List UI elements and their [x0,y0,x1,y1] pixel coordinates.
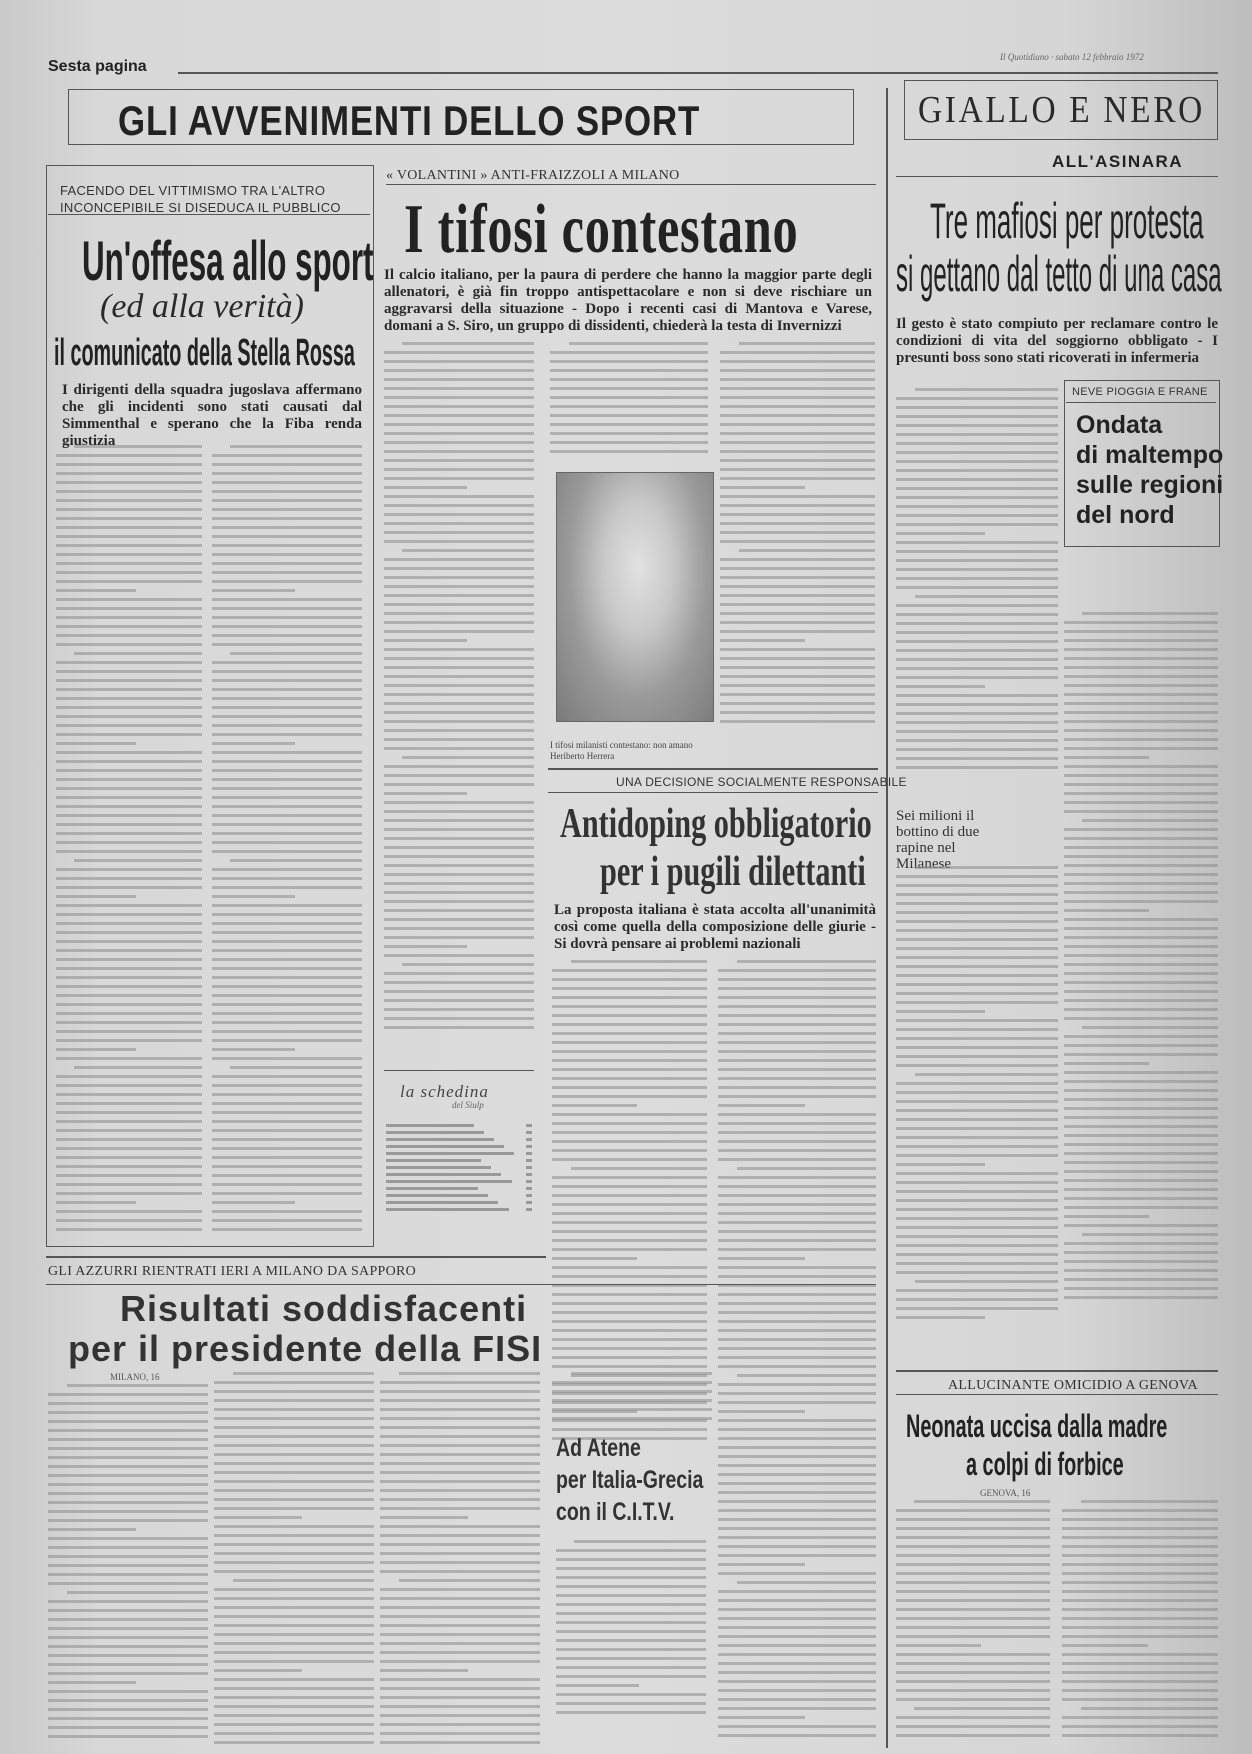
text-line [384,738,534,741]
text-line [56,805,202,808]
text-line [718,1032,876,1035]
text-line [896,658,1058,661]
text-line [896,938,1058,941]
text-line [380,1507,540,1510]
text-line [1064,648,1218,651]
text-line [214,1498,374,1501]
headline-line: con il C.I.T.V. [556,1496,703,1528]
text-line [67,1591,208,1594]
text-line [720,468,875,471]
fisi-dateline: MILANO, 16 [110,1372,160,1382]
text-line [896,541,1058,544]
text-line [1064,1017,1218,1020]
text-line [214,1543,374,1546]
text-line [48,1618,208,1621]
text-line [896,1037,1058,1040]
text-line [212,760,362,763]
text-line [556,1594,706,1597]
stella-rossa-deck: I dirigenti della squadra jugoslava affe… [62,382,362,450]
text-line [718,1185,876,1188]
text-line [48,1519,208,1522]
text-line [1062,1635,1218,1638]
text-line [896,1617,1050,1620]
text-line [212,769,362,772]
text-line [48,1600,208,1603]
text-line [896,1253,1058,1256]
text-line [896,1100,1058,1103]
text-line [896,1055,1058,1058]
text-line [896,487,1058,490]
text-line [48,1717,208,1720]
text-line [556,1657,706,1660]
text-line [380,1723,540,1726]
text-line [212,733,362,736]
tifosi-body-1 [384,342,534,1042]
text-line [233,1579,374,1582]
text-line [212,625,362,628]
text-line [48,1627,208,1630]
text-line [1082,612,1218,615]
text-line [56,1093,202,1096]
text-line [552,1417,712,1420]
kicker-rule [48,214,370,215]
text-line [56,913,202,916]
text-line [718,1311,876,1314]
text-line [56,1138,202,1141]
text-line [212,598,362,601]
text-line [720,576,875,579]
text-line [384,585,534,588]
text-line [212,1120,362,1123]
text-line [384,1026,534,1029]
text-line [896,1028,1058,1031]
text-line [384,900,534,903]
text-line [896,1019,1058,1022]
text-line [56,1003,202,1006]
text-line [56,958,202,961]
asinara-headline: Tre mafiosi per protesta [930,192,1204,250]
text-line [56,607,202,610]
text-line [896,1581,1050,1584]
text-line [896,1082,1058,1085]
text-line [384,486,467,489]
text-line [212,904,362,907]
text-line [550,369,708,372]
text-line [214,1687,374,1690]
text-line [56,841,202,844]
newspaper-page: Sesta pagina Il Quotidiano · sabato 12 f… [0,0,1252,1754]
text-line [718,1275,876,1278]
text-line [212,787,362,790]
text-line [214,1696,374,1699]
text-line [380,1552,540,1555]
text-line [552,1095,707,1098]
text-line [212,958,362,961]
text-line [552,1347,707,1350]
text-line [212,1030,362,1033]
text-line [1064,846,1218,849]
text-line [212,661,362,664]
text-line [896,1599,1050,1602]
text-line [720,450,875,453]
text-line [737,1167,876,1170]
text-line [384,972,534,975]
text-line [896,1734,1050,1737]
text-line [48,1681,136,1684]
genova-body-2 [1062,1500,1218,1750]
text-line [212,1228,362,1231]
text-line [212,940,362,943]
text-line [56,994,202,997]
text-line [896,1698,1050,1701]
text-line [384,1008,534,1011]
text-line [384,954,534,957]
text-line [718,1248,876,1251]
text-line [1064,963,1218,966]
text-line [1064,918,1218,921]
text-line [1064,945,1218,948]
text-line [384,666,534,669]
text-line [1062,1590,1218,1593]
text-line [56,1174,202,1177]
text-line [214,1588,374,1591]
text-line [718,1545,876,1548]
text-line [556,1666,706,1669]
text-line [718,1023,876,1026]
text-line [550,360,708,363]
text-line [556,1576,706,1579]
text-line [718,1122,876,1125]
tifosi-kicker: « VOLANTINI » ANTI-FRAIZZOLI A MILANO [386,168,680,184]
text-line [896,649,1058,652]
text-line [556,1693,706,1696]
text-line [896,1001,1058,1004]
text-line [896,406,1058,409]
text-line [56,526,202,529]
text-line [552,1113,707,1116]
text-line [718,1716,805,1719]
asinara-body-1 [896,388,1058,783]
text-line [214,1444,374,1447]
text-line [896,667,1058,670]
text-line [384,891,534,894]
text-line [48,1393,208,1396]
text-line [718,1725,876,1728]
text-line [384,846,534,849]
text-line [571,1372,712,1375]
text-line [556,1711,706,1714]
text-line [1082,1026,1218,1029]
text-line [212,1174,362,1177]
text-line [896,1725,1050,1728]
text-line [212,679,362,682]
text-line [56,616,202,619]
text-line [380,1462,540,1465]
headline-line: Ad Atene [556,1432,703,1464]
text-line [556,1549,706,1552]
antidoping-headline: Antidoping obbligatorio [560,800,872,848]
text-line [718,1221,876,1224]
text-line [380,1471,540,1474]
text-line [380,1669,468,1672]
text-line [56,562,202,565]
text-line [212,1093,362,1096]
text-line [720,648,875,651]
text-line [896,451,1058,454]
text-line [1064,864,1218,867]
text-line [718,1338,876,1341]
text-line [384,441,534,444]
text-line [1064,1197,1218,1200]
text-line [380,1633,540,1636]
text-line [552,1023,707,1026]
text-line [380,1597,540,1600]
text-line [56,589,136,592]
text-line [56,1228,202,1231]
text-line [720,504,875,507]
text-line [896,1608,1050,1611]
text-line [552,1239,707,1242]
text-line [214,1471,374,1474]
text-line [384,792,467,795]
text-line [384,801,534,804]
schedina-row [386,1162,532,1169]
text-line [214,1651,374,1654]
text-line [552,1203,707,1206]
text-line [212,1219,362,1222]
text-line [737,960,876,963]
text-line [212,1201,295,1204]
text-line [56,643,202,646]
masthead-rule [178,72,1218,74]
text-line [896,1509,1050,1512]
text-line [720,711,875,714]
text-line [896,703,1058,706]
text-line [56,886,202,889]
text-line [214,1399,374,1402]
text-line [214,1624,374,1627]
text-line [1064,900,1218,903]
text-line [720,522,875,525]
text-line [896,469,1058,472]
text-line [1064,810,1218,813]
text-line [212,580,362,583]
text-line [896,1635,1050,1638]
text-line [48,1474,208,1477]
text-line [212,1057,362,1060]
text-line [212,643,362,646]
text-line [552,1005,707,1008]
kicker-rule [46,1284,876,1285]
text-line [1064,657,1218,660]
text-line [380,1615,540,1618]
text-line [402,963,534,966]
fisi-kicker: GLI AZZURRI RIENTRATI IERI A MILANO DA S… [48,1264,416,1280]
schedina-subtitle: del Siulp [452,1100,484,1110]
headline-line: del nord [1076,500,1223,530]
photo-caption: I tifosi milanisti contestano: non amano… [550,740,715,762]
text-line [556,1567,706,1570]
text-line [718,1401,876,1404]
text-line [556,1684,639,1687]
text-line [384,378,534,381]
text-line [230,1066,362,1069]
text-line [1081,1707,1218,1710]
text-line [214,1426,374,1429]
text-line [1064,990,1218,993]
text-line [380,1435,540,1438]
text-line [214,1660,374,1663]
text-line [720,702,875,705]
text-line [48,1420,208,1423]
text-line [550,351,708,354]
text-line [1062,1617,1218,1620]
text-line [552,1158,707,1161]
text-line [384,648,534,651]
text-line [384,855,534,858]
schedina-row [386,1148,532,1155]
text-line [56,832,202,835]
text-line [720,720,875,723]
text-line [212,985,362,988]
text-line [718,1455,876,1458]
text-line [552,1329,707,1332]
text-line [48,1510,208,1513]
text-line [720,531,875,534]
text-line [1062,1653,1218,1656]
text-line [550,450,708,453]
text-line [1064,1215,1149,1218]
text-line [384,774,534,777]
schedina-table [386,1120,532,1211]
schedina-row [386,1155,532,1162]
text-line [48,1447,208,1450]
text-line [56,1084,202,1087]
text-line [718,1176,876,1179]
text-line [214,1525,374,1528]
text-line [1064,1062,1149,1065]
text-line [720,675,875,678]
antidoping-headline-2: per i pugili dilettanti [600,848,866,896]
text-line [212,526,362,529]
text-line [212,1111,362,1114]
text-line [552,1131,707,1134]
text-line [384,639,467,642]
text-line [48,1690,208,1693]
text-line [212,1102,362,1105]
text-line [56,688,202,691]
text-line [896,929,1058,932]
text-line [896,1298,1058,1301]
text-line [380,1498,540,1501]
text-line [718,1266,876,1269]
text-line [384,459,534,462]
text-line [384,936,534,939]
text-line [720,396,875,399]
text-line [56,733,202,736]
text-line [896,956,1058,959]
text-line [718,1563,805,1566]
text-line [48,1663,208,1666]
rapine-body [896,866,1058,1326]
text-line [56,598,202,601]
text-line [550,378,708,381]
text-line [384,504,534,507]
text-line [896,1208,1058,1211]
text-line [550,405,708,408]
text-line [1062,1671,1218,1674]
text-line [1062,1626,1218,1629]
text-line [896,1527,1050,1530]
schedina-row [386,1120,532,1127]
text-line [1062,1662,1218,1665]
text-line [214,1741,374,1744]
text-line [380,1453,540,1456]
text-line [1064,1134,1218,1137]
text-line [556,1675,706,1678]
text-line [720,657,875,660]
text-line [214,1435,374,1438]
text-line [550,432,708,435]
text-line [1064,873,1218,876]
text-line [718,1536,876,1539]
text-line [896,685,985,688]
text-line [384,612,534,615]
text-line [550,387,708,390]
text-line [552,1338,707,1341]
text-line [718,1320,876,1323]
text-line [896,1235,1058,1238]
text-line [896,1662,1050,1665]
text-line [896,1199,1058,1202]
atene-body [556,1540,706,1720]
text-line [74,652,202,655]
text-line [552,1293,707,1296]
text-line [739,549,875,552]
text-line [56,1219,202,1222]
text-line [212,1192,362,1195]
text-line [48,1411,208,1414]
text-line [384,684,534,687]
text-line [896,559,1058,562]
text-line [556,1630,706,1633]
text-line [214,1552,374,1555]
text-line [384,711,534,714]
text-line [737,1374,876,1377]
text-line [718,1464,876,1467]
text-line [896,1563,1050,1566]
text-line [718,1527,876,1530]
text-line [718,1059,876,1062]
rapine-headline: Sei milioni il bottino di due rapine nel… [896,808,1006,872]
text-line [56,985,202,988]
stella-rossa-body-1 [56,445,202,1240]
text-line [718,1194,876,1197]
text-line [56,508,202,511]
fisi-body-3 [380,1372,540,1750]
text-line [214,1534,374,1537]
text-line [56,1057,202,1060]
text-line [896,739,1058,742]
text-line [384,522,534,525]
text-line [1064,1116,1218,1119]
text-line [56,1192,202,1195]
text-line [212,1129,362,1132]
text-line [1064,774,1218,777]
text-line [380,1651,540,1654]
text-line [1062,1644,1148,1647]
text-line [56,544,202,547]
